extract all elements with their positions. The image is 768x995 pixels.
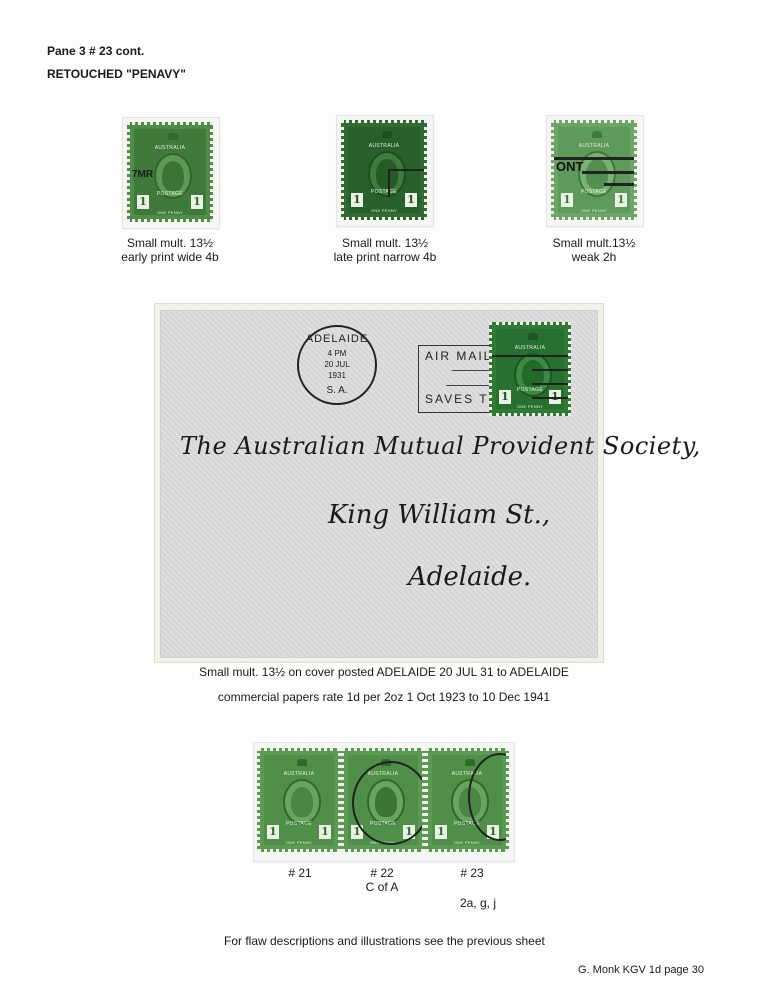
slogan-line2: SAVES T (425, 392, 489, 406)
caption-line: Small mult. 13½ (100, 236, 240, 250)
strip-label-23: # 23 (442, 866, 502, 880)
stamp-value-left: 1 (561, 193, 573, 207)
stamp-value-left: 1 (351, 193, 363, 207)
adelaide-postmark: ADELAIDE 4 PM 20 JUL 1931 S. A. (297, 325, 377, 405)
stamp-country: AUSTRALIA (260, 771, 338, 777)
address-line-3: Adelaide. (408, 562, 531, 592)
stamp-value-left: 1 (435, 825, 447, 839)
stamp-value-right: 1 (191, 195, 203, 209)
stamp-denomination: ONE PENNY (344, 208, 424, 213)
stamp-value-right: 1 (405, 193, 417, 207)
stamp-value-left: 1 (137, 195, 149, 209)
strip-label-22: # 22 C of A (352, 866, 412, 894)
cancel-bar (604, 183, 637, 186)
cancel-bar (532, 369, 571, 371)
caption-line: Small mult. 13½ (315, 236, 455, 250)
crown-icon (528, 333, 538, 340)
stamp-denomination: ONE PENNY (130, 210, 210, 215)
strip-stamp-22: AUSTRALIA POSTAGE 1 1 ONE PENNY (341, 748, 425, 852)
footer-note: For flaw descriptions and illustrations … (224, 934, 545, 948)
position-number: # 23 (442, 866, 502, 880)
cancel-mark: ONT (556, 159, 583, 174)
stamp-value-right: 1 (319, 825, 331, 839)
stamp-denomination: ONE PENNY (260, 840, 338, 845)
crown-icon (592, 131, 602, 138)
page-subtitle: RETOUCHED "PENAVY" (47, 67, 186, 81)
postmark-date: 20 JUL (299, 360, 375, 369)
postmark-year: 1931 (299, 371, 375, 380)
strip-label-21: # 21 (270, 866, 330, 880)
stamp-value-left: 1 (267, 825, 279, 839)
cancel-bar (532, 397, 571, 399)
cancel-bar (554, 157, 637, 160)
crown-icon (465, 759, 475, 766)
king-portrait-icon (376, 159, 398, 189)
strip-stamp-23: AUSTRALIA POSTAGE 1 1 ONE PENNY (425, 748, 509, 852)
crown-icon (168, 133, 178, 140)
stamp-denomination: ONE PENNY (492, 404, 568, 409)
cancel-bar (492, 355, 571, 357)
position-note: C of A (352, 880, 412, 894)
stamp-country: AUSTRALIA (492, 345, 568, 351)
strip-stamp-21: AUSTRALIA POSTAGE 1 1 ONE PENNY (257, 748, 341, 852)
king-portrait-icon (162, 161, 184, 191)
postmark-town: ADELAIDE (299, 333, 375, 345)
stamp-country: AUSTRALIA (130, 145, 210, 151)
position-number: # 21 (270, 866, 330, 880)
stamp-1-caption: Small mult. 13½ early print wide 4b (100, 236, 240, 264)
crown-icon (297, 759, 307, 766)
stamp-value-left: 1 (499, 390, 511, 404)
cancel-bar (388, 169, 390, 197)
stamp-value-right: 1 (615, 193, 627, 207)
postmark-circle (352, 761, 425, 845)
stamp-3: AUSTRALIA POSTAGE 1 1 ONE PENNY ONT (551, 120, 637, 220)
cancel-bar (388, 169, 427, 171)
address-line-2: King William St., (328, 500, 550, 530)
postmark-state: S. A. (299, 385, 375, 396)
caption-line: early print wide 4b (100, 250, 240, 264)
caption-line: weak 2h (524, 250, 664, 264)
stamp-2: AUSTRALIA POSTAGE 1 1 ONE PENNY (341, 120, 427, 220)
stamp-1: AUSTRALIA POSTAGE 1 1 ONE PENNY 7MR (127, 122, 213, 222)
cover-caption-2: commercial papers rate 1d per 2oz 1 Oct … (120, 690, 648, 704)
cover-stamp: AUSTRALIA POSTAGE 1 1 ONE PENNY (489, 322, 571, 416)
stamp-3-caption: Small mult.13½ weak 2h (524, 236, 664, 264)
crown-icon (382, 131, 392, 138)
cancel-bar (532, 383, 571, 385)
page-title: Pane 3 # 23 cont. (47, 44, 144, 58)
caption-line: late print narrow 4b (315, 250, 455, 264)
page-reference: G. Monk KGV 1d page 30 (578, 964, 704, 976)
stamp-country: AUSTRALIA (554, 143, 634, 149)
stamp-denomination: ONE PENNY (554, 208, 634, 213)
slogan-line1: AIR MAIL (425, 349, 492, 363)
cancel-bar (582, 171, 637, 174)
king-portrait-icon (291, 787, 313, 817)
position-number: # 22 (352, 866, 412, 880)
stamp-2-caption: Small mult. 13½ late print narrow 4b (315, 236, 455, 264)
cancel-mark: 7MR (132, 169, 153, 180)
cover-caption-1: Small mult. 13½ on cover posted ADELAIDE… (120, 665, 648, 679)
stamp-denomination: ONE PENNY (428, 840, 506, 845)
caption-line: Small mult.13½ (524, 236, 664, 250)
postmark-time: 4 PM (299, 349, 375, 358)
stamp-country: AUSTRALIA (344, 143, 424, 149)
strip-flaw-codes: 2a, g, j (438, 896, 518, 910)
address-line-1: The Australian Mutual Provident Society, (180, 432, 701, 460)
